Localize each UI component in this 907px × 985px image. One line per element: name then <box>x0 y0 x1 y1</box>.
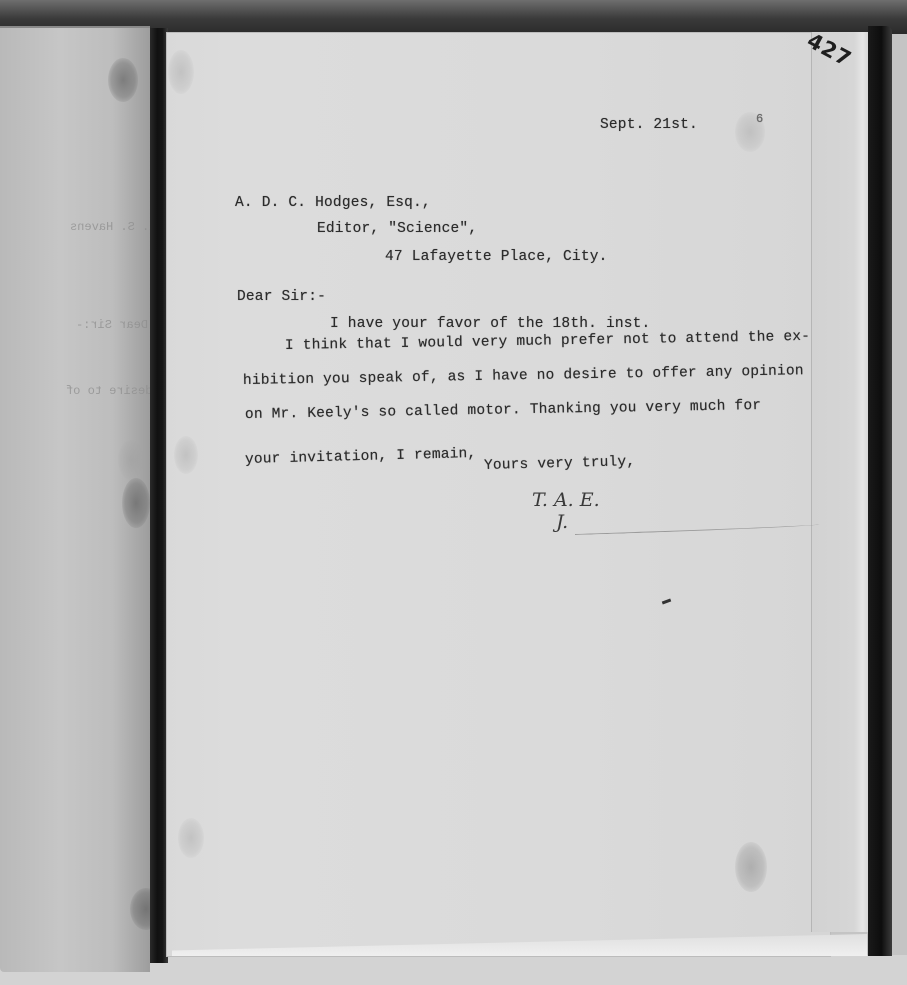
letter-date: Sept. 21st. <box>600 117 698 133</box>
recipient-address: 47 Lafayette Place, City. <box>385 249 608 265</box>
facing-page-ghost-line: Dear Sir:- <box>76 318 148 332</box>
body-line: I have your favor of the 18th. inst. <box>330 316 650 332</box>
ink-stain-offset <box>178 818 204 858</box>
recipient-name: A. D. C. Hodges, Esq., <box>235 195 431 211</box>
signature-secretary-initial: J. <box>556 511 568 533</box>
ink-stain-offset <box>168 50 194 94</box>
ink-stain <box>122 478 150 528</box>
ink-stain <box>118 440 144 480</box>
ink-stain <box>108 58 138 102</box>
facing-page-ghost-line: L. S. Havens <box>70 220 156 234</box>
ink-stain-offset <box>174 436 198 474</box>
copybook-page <box>166 32 831 957</box>
book-cover-edge <box>868 26 892 956</box>
signature-initials: T. A. E. <box>532 489 600 511</box>
salutation: Dear Sir:- <box>237 289 326 305</box>
corner-mark: 6 <box>756 112 763 126</box>
facing-page-ghost-line: desire to of <box>66 384 152 398</box>
thumbprint-stain <box>735 842 767 892</box>
page-stack-edge <box>811 32 872 932</box>
recipient-title: Editor, "Science", <box>317 221 477 237</box>
